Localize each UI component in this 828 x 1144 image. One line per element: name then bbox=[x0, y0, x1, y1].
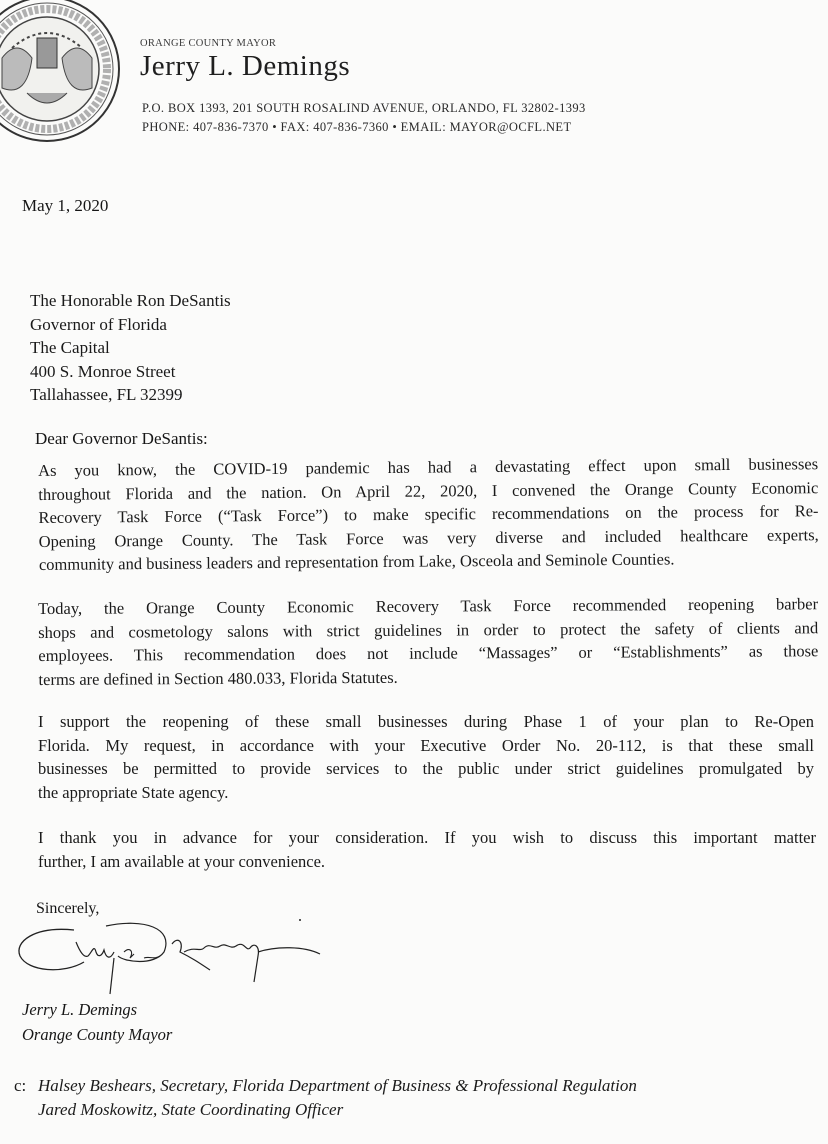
letterhead-office: ORANGE COUNTY MAYOR bbox=[140, 38, 276, 49]
cc-recipient: Halsey Beshears, Secretary, Florida Depa… bbox=[38, 1074, 637, 1098]
recipient-line: The Capital bbox=[30, 336, 231, 360]
cc-label: c: bbox=[14, 1074, 38, 1098]
recipient-line: Tallahassee, FL 32399 bbox=[30, 383, 231, 407]
recipient-line: 400 S. Monroe Street bbox=[30, 360, 231, 384]
paragraph-line: further, I am available at your convenie… bbox=[38, 850, 816, 874]
recipient-line: Governor of Florida bbox=[30, 313, 231, 337]
letterhead-name: Jerry L. Demings bbox=[140, 50, 350, 83]
paragraph-line: I thank you in advance for your consider… bbox=[38, 826, 816, 850]
body-paragraph-3: I support the reopening of these small b… bbox=[38, 710, 814, 804]
paragraph-line: terms are defined in Section 480.033, Fl… bbox=[38, 663, 818, 691]
signer-name: Jerry L. Demings bbox=[22, 1000, 137, 1020]
paragraph-line: I support the reopening of these small b… bbox=[38, 710, 814, 734]
county-seal-icon bbox=[0, 0, 122, 160]
cc-list: c: Halsey Beshears, Secretary, Florida D… bbox=[14, 1074, 637, 1122]
letterhead-contact: PHONE: 407-836-7370 • FAX: 407-836-7360 … bbox=[142, 120, 572, 135]
paragraph-line: the appropriate State agency. bbox=[38, 781, 814, 805]
paragraph-line: employees. This recommendation does not … bbox=[38, 639, 818, 667]
letterhead-address: P.O. BOX 1393, 201 SOUTH ROSALIND AVENUE… bbox=[142, 101, 586, 116]
body-paragraph-2: Today, the Orange County Economic Recove… bbox=[38, 592, 819, 691]
signer-title: Orange County Mayor bbox=[22, 1025, 172, 1045]
salutation: Dear Governor DeSantis: bbox=[35, 429, 208, 449]
recipient-line: The Honorable Ron DeSantis bbox=[30, 289, 231, 313]
recipient-address: The Honorable Ron DeSantis Governor of F… bbox=[30, 289, 231, 407]
paragraph-line: Florida. My request, in accordance with … bbox=[38, 734, 814, 758]
cc-recipient: Jared Moskowitz, State Coordinating Offi… bbox=[38, 1098, 343, 1122]
body-paragraph-1: As you know, the COVID-19 pandemic has h… bbox=[38, 452, 819, 576]
body-paragraph-4: I thank you in advance for your consider… bbox=[38, 826, 816, 873]
letter-date: May 1, 2020 bbox=[22, 196, 108, 216]
paragraph-line: businesses be permitted to provide servi… bbox=[38, 757, 814, 781]
handwritten-signature-icon bbox=[14, 912, 344, 1002]
